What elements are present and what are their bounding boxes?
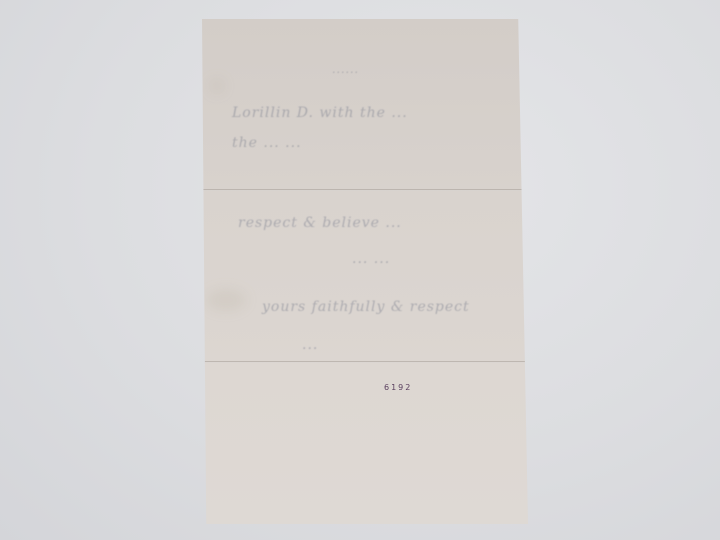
fold-line-upper [202, 189, 528, 191]
paper-panel-bottom [202, 362, 528, 524]
handwriting-line: ... [302, 337, 318, 353]
handwriting-line: ... ... [352, 251, 390, 267]
handwriting-line: ...... [332, 63, 359, 76]
stain [206, 289, 246, 311]
handwriting-line: yours faithfully & respect [262, 299, 470, 315]
handwriting-line: the ... ... [232, 135, 302, 151]
handwriting-line: Lorillin D. with the ... [232, 105, 408, 121]
handwriting-line: respect & believe ... [238, 215, 402, 231]
fold-line-lower [202, 361, 528, 363]
pencil-mark: 6192 [384, 383, 412, 392]
stain [210, 79, 224, 93]
letter-paper: ...... Lorillin D. with the ... the ... … [202, 19, 528, 524]
